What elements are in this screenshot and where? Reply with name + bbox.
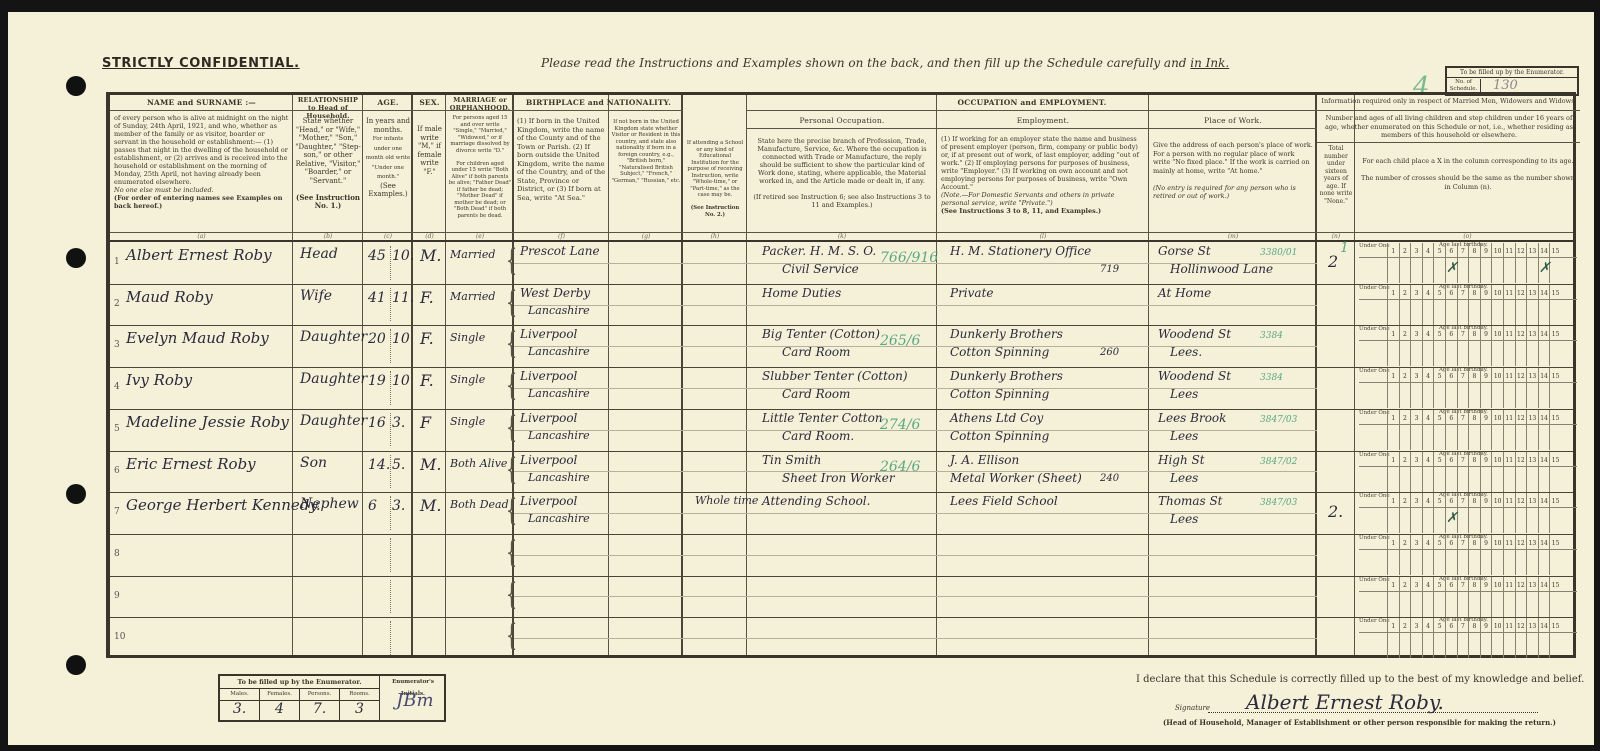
age-cell[interactable]: 4	[1422, 618, 1434, 658]
employment-line-2[interactable]: Cotton Spinning	[950, 345, 1049, 359]
work-place-line-1[interactable]: Woodend St	[1158, 369, 1231, 383]
age-cell[interactable]: 13	[1526, 243, 1538, 283]
row-number: 2	[114, 299, 120, 309]
age-cell[interactable]: 15	[1549, 493, 1561, 533]
age-cell[interactable]: 13	[1526, 618, 1538, 658]
age-cell[interactable]: 15	[1549, 326, 1561, 366]
birthplace-line-1[interactable]: Liverpool	[520, 494, 577, 508]
age-cell[interactable]: 14	[1538, 410, 1550, 450]
age-cell[interactable]: 2	[1399, 535, 1411, 575]
person-name[interactable]: Evelyn Maud Roby	[126, 329, 269, 347]
age-cell[interactable]: 1	[1387, 368, 1399, 408]
age-cell[interactable]: 2	[1399, 326, 1411, 366]
age-cell[interactable]: 6	[1445, 368, 1457, 408]
age-cell[interactable]: 12	[1515, 368, 1527, 408]
age-cell[interactable]: 7	[1457, 452, 1469, 492]
header-marriage-body: For persons aged 15 and over write "Sing…	[448, 115, 512, 219]
brace: {	[506, 371, 517, 401]
relationship[interactable]: Son	[300, 455, 327, 471]
table-row: 2{Maud RobyWife4111.F.MarriedWest DerbyL…	[110, 284, 1573, 326]
row-number: 8	[114, 549, 120, 559]
age-cell[interactable]: 11	[1503, 243, 1515, 283]
birthplace-line-1[interactable]: Liverpool	[520, 327, 577, 341]
age-cell[interactable]: 15	[1549, 577, 1561, 617]
employment-line-1[interactable]: Lees Field School	[950, 494, 1058, 508]
age-cell[interactable]: 2	[1399, 493, 1411, 533]
age-cell[interactable]: 7	[1457, 368, 1469, 408]
males-value: 3.	[220, 701, 260, 720]
age-cell[interactable]: 7	[1457, 493, 1469, 533]
age-cell[interactable]: 8	[1468, 493, 1480, 533]
header-total-children: Total number under sixteen years of age.…	[1318, 145, 1354, 205]
age-cell[interactable]: 3	[1410, 452, 1422, 492]
age-cell[interactable]: 10	[1491, 618, 1503, 658]
age-cell[interactable]: 13	[1526, 493, 1538, 533]
age-cell[interactable]: 5	[1433, 410, 1445, 450]
age-cell[interactable]: 6	[1445, 535, 1457, 575]
birthplace-line-2[interactable]: Lancashire	[528, 429, 590, 442]
work-place-line-2[interactable]: Lees.	[1170, 345, 1202, 359]
age-cell[interactable]: 3	[1410, 410, 1422, 450]
age-cell[interactable]: 3	[1410, 535, 1422, 575]
age-cell[interactable]: 15	[1549, 535, 1561, 575]
occupation-line-1[interactable]: Tin Smith	[762, 453, 821, 467]
age-cell[interactable]: 2	[1399, 410, 1411, 450]
age-cell[interactable]: 8	[1468, 326, 1480, 366]
work-place-line-1[interactable]: Gorse St	[1158, 244, 1211, 258]
occupation-line-2[interactable]: Civil Service	[782, 262, 859, 276]
age-cell[interactable]: 10	[1491, 535, 1503, 575]
age-cell[interactable]: 11	[1503, 577, 1515, 617]
table-row: 9{Under OneAge last birthday.12345678910…	[110, 576, 1573, 618]
age-cell[interactable]: 7	[1457, 285, 1469, 325]
age-cell[interactable]: 9	[1480, 243, 1492, 283]
age-cell[interactable]: 7	[1457, 326, 1469, 366]
header-married-info: Information required only in respect of …	[1320, 97, 1578, 106]
under-one-label: Under One	[1359, 535, 1390, 541]
age-cell[interactable]: 8	[1468, 285, 1480, 325]
school-attendance[interactable]: Whole time	[695, 494, 758, 507]
employment-line-1[interactable]: Dunkerly Brothers	[950, 369, 1063, 383]
marriage-status[interactable]: Both Alive	[450, 457, 507, 470]
age-cell[interactable]: 8	[1468, 452, 1480, 492]
relationship[interactable]: Nephew	[300, 496, 359, 512]
age-cell[interactable]: 13	[1526, 368, 1538, 408]
age-cell[interactable]: 3	[1410, 493, 1422, 533]
instructions-ink: in Ink.	[1190, 56, 1229, 70]
relationship[interactable]: Wife	[300, 288, 332, 304]
person-name[interactable]: Ivy Roby	[126, 371, 192, 389]
age-cell[interactable]: 4	[1422, 243, 1434, 283]
age-cell[interactable]: 11	[1503, 368, 1515, 408]
birthplace-line-2[interactable]: Lancashire	[528, 471, 590, 484]
declaration-text: I declare that this Schedule is correctl…	[1136, 674, 1584, 685]
sex[interactable]: F.	[420, 371, 434, 390]
age-months[interactable]: 10	[392, 373, 410, 389]
relationship[interactable]: Daughter	[300, 413, 367, 429]
age-cell[interactable]: 14	[1538, 535, 1550, 575]
age-cell[interactable]: 14	[1538, 452, 1550, 492]
birthplace-line-2[interactable]: Lancashire	[528, 304, 590, 317]
age-cell[interactable]: 7	[1457, 618, 1469, 658]
age-cell[interactable]: 2	[1399, 243, 1411, 283]
relationship[interactable]: Daughter	[300, 371, 367, 387]
sex[interactable]: F.	[420, 288, 434, 307]
age-years[interactable]: 14.	[368, 457, 390, 473]
occupation-line-1[interactable]: Attending School.	[762, 494, 870, 508]
age-cell[interactable]: 5	[1433, 535, 1445, 575]
birthplace-line-2[interactable]: Lancashire	[528, 387, 590, 400]
occupation-line-1[interactable]: Slubber Tenter (Cotton)	[762, 369, 908, 383]
sex[interactable]: M.	[420, 246, 441, 265]
age-cell[interactable]: 1	[1387, 285, 1399, 325]
age-cell[interactable]: 7	[1457, 535, 1469, 575]
sex[interactable]: M.	[420, 496, 441, 515]
header-relationship-body: State whether "Head," or "Wife," "Mother…	[295, 117, 361, 211]
age-cell[interactable]: 9	[1480, 452, 1492, 492]
age-cell[interactable]: 5	[1433, 618, 1445, 658]
age-cell[interactable]: 4	[1422, 535, 1434, 575]
marriage-status[interactable]: Both Dead	[450, 498, 509, 511]
occupation-code: 766/916	[880, 250, 938, 266]
age-cell[interactable]: 11	[1503, 326, 1515, 366]
age-years[interactable]: 16	[368, 415, 386, 431]
work-place-line-1[interactable]: Woodend St	[1158, 327, 1231, 341]
age-cell[interactable]: 10	[1491, 410, 1503, 450]
person-name[interactable]: Madeline Jessie Roby	[126, 413, 289, 431]
age-months[interactable]: 11.	[392, 290, 414, 306]
age-cell[interactable]: 6	[1445, 285, 1457, 325]
work-place-line-2[interactable]: Lees	[1170, 429, 1198, 443]
brace: {	[506, 246, 517, 276]
work-place-line-2[interactable]: Lees	[1170, 471, 1198, 485]
marriage-status[interactable]: Married	[450, 248, 495, 261]
occupation-line-2[interactable]: Card Room.	[782, 429, 854, 443]
enumerator-initials-value: JBm	[396, 690, 434, 711]
relationship[interactable]: Daughter	[300, 329, 367, 345]
age-cell[interactable]: 4	[1422, 452, 1434, 492]
occupation-line-1[interactable]: Home Duties	[762, 286, 841, 300]
schedule-box-title: To be filled up by the Enumerator.	[1447, 68, 1577, 78]
age-cell[interactable]: 5	[1433, 452, 1445, 492]
child-age-cross: ✗	[1446, 260, 1458, 276]
age-cell[interactable]: 2	[1399, 452, 1411, 492]
age-cell[interactable]: 11	[1503, 535, 1515, 575]
age-cell[interactable]: 4	[1422, 493, 1434, 533]
children-total[interactable]: 2.	[1328, 502, 1343, 521]
age-cell[interactable]: 3	[1410, 326, 1422, 366]
age-cell[interactable]: 5	[1433, 243, 1445, 283]
header-place-of-work-body: Give the address of each person's place …	[1153, 141, 1313, 201]
occupation-code: 265/6	[880, 333, 920, 349]
header-age: AGE.	[363, 98, 413, 107]
header-name: NAME and SURNAME :—	[110, 98, 293, 107]
age-cell[interactable]: 10	[1491, 368, 1503, 408]
marriage-status[interactable]: Single	[450, 373, 485, 386]
sex[interactable]: M.	[420, 455, 441, 474]
employment-line-2[interactable]: Cotton Spinning	[950, 429, 1049, 443]
header-name-body: of every person who is alive at midnight…	[114, 114, 290, 210]
age-cell[interactable]: 12	[1515, 618, 1527, 658]
age-cell[interactable]: 10	[1491, 577, 1503, 617]
occupation-line-2[interactable]: Card Room	[782, 345, 850, 359]
age-cell[interactable]: 9	[1480, 535, 1492, 575]
age-cell[interactable]: 9	[1480, 493, 1492, 533]
header-place-of-work: Place of Work.	[1149, 116, 1317, 125]
age-cell[interactable]: 5	[1433, 285, 1445, 325]
age-cell[interactable]: 15	[1549, 618, 1561, 658]
work-place-line-1[interactable]: Thomas St	[1158, 494, 1223, 508]
age-cell[interactable]: 9	[1480, 368, 1492, 408]
age-cell[interactable]: 1	[1387, 243, 1399, 283]
occupation-line-1[interactable]: Little Tenter Cotton	[762, 411, 883, 425]
age-cell[interactable]: 14	[1538, 493, 1550, 533]
work-code: 3847/03	[1260, 415, 1297, 425]
age-cell[interactable]: 7	[1457, 577, 1469, 617]
age-cell[interactable]: 1	[1387, 410, 1399, 450]
age-cell[interactable]: 3	[1410, 368, 1422, 408]
relationship[interactable]: Head	[300, 246, 338, 262]
age-cell[interactable]: 8	[1468, 410, 1480, 450]
occupation-line-2[interactable]: Sheet Iron Worker	[782, 471, 895, 485]
table-row: 8{Under OneAge last birthday.12345678910…	[110, 534, 1573, 576]
age-cell[interactable]: 14	[1538, 618, 1550, 658]
age-cell[interactable]: 12	[1515, 493, 1527, 533]
person-name[interactable]: Albert Ernest Roby	[126, 246, 272, 264]
age-cell[interactable]: 11	[1503, 452, 1515, 492]
age-cell[interactable]: 6	[1445, 577, 1457, 617]
age-cell[interactable]: 15	[1549, 410, 1561, 450]
birthplace-line-1[interactable]: Prescot Lane	[520, 244, 600, 258]
marriage-status[interactable]: Married	[450, 290, 495, 303]
age-cell[interactable]: 9	[1480, 577, 1492, 617]
brace: {	[506, 288, 517, 318]
work-code: 3380/01	[1260, 248, 1297, 258]
age-cell[interactable]: 4	[1422, 326, 1434, 366]
age-cell[interactable]: 3	[1410, 618, 1422, 658]
birthplace-line-1[interactable]: Liverpool	[520, 369, 577, 383]
age-years[interactable]: 6	[368, 498, 377, 514]
age-months[interactable]: 3.	[392, 415, 405, 431]
age-cell[interactable]: 12	[1515, 577, 1527, 617]
under-one-label: Under One	[1359, 368, 1390, 374]
work-place-line-1[interactable]: Lees Brook	[1158, 411, 1226, 425]
age-cell[interactable]: 14	[1538, 368, 1550, 408]
males-label: Males.	[220, 689, 260, 700]
age-cell[interactable]: 7	[1457, 410, 1469, 450]
employment-line-2[interactable]: Metal Worker (Sheet)	[950, 471, 1082, 485]
age-cell[interactable]: 8	[1468, 618, 1480, 658]
employment-line-1[interactable]: Dunkerly Brothers	[950, 327, 1063, 341]
age-cell[interactable]: 8	[1468, 535, 1480, 575]
age-cell[interactable]: 10	[1491, 285, 1503, 325]
person-name[interactable]: George Herbert Kennedy.	[126, 496, 321, 514]
age-cell[interactable]: 9	[1480, 618, 1492, 658]
work-place-line-2[interactable]: Hollinwood Lane	[1170, 262, 1273, 276]
signature-label: Signature	[1175, 704, 1210, 712]
age-cell[interactable]: 7	[1457, 243, 1469, 283]
age-cell[interactable]: 5	[1433, 577, 1445, 617]
age-years[interactable]: 20	[368, 331, 386, 347]
signature-note: (Head of Household, Manager of Establish…	[1163, 718, 1556, 727]
birthplace-line-2[interactable]: Lancashire	[528, 512, 590, 525]
work-place-line-2[interactable]: Lees	[1170, 512, 1198, 526]
age-cell[interactable]: 3	[1410, 577, 1422, 617]
age-cell[interactable]: 11	[1503, 285, 1515, 325]
age-months[interactable]: 10	[392, 331, 410, 347]
child-age-grid: Under OneAge last birthday.1234567891011…	[1359, 326, 1577, 366]
age-cell[interactable]: 1	[1387, 326, 1399, 366]
age-years[interactable]: 19	[368, 373, 386, 389]
age-cell[interactable]: 15	[1549, 243, 1561, 283]
age-cell[interactable]: 12	[1515, 243, 1527, 283]
table-row: 5{Madeline Jessie RobyDaughter163.FSingl…	[110, 409, 1573, 451]
punch-hole	[66, 76, 86, 96]
col-letter: (o)	[1355, 233, 1580, 240]
age-cell[interactable]: 13	[1526, 452, 1538, 492]
employment-line-2[interactable]: Cotton Spinning	[950, 387, 1049, 401]
children-total[interactable]: 2	[1328, 252, 1338, 271]
females-value: 4	[260, 701, 300, 720]
age-cell[interactable]: 10	[1491, 243, 1503, 283]
person-name[interactable]: Eric Ernest Roby	[126, 455, 256, 473]
age-cell[interactable]: 2	[1399, 618, 1411, 658]
sex[interactable]: F	[420, 413, 431, 432]
age-cell[interactable]: 3	[1410, 285, 1422, 325]
age-cell[interactable]: 1	[1387, 618, 1399, 658]
age-cell[interactable]: 12	[1515, 326, 1527, 366]
table-row: 10{Under OneAge last birthday.1234567891…	[110, 617, 1573, 659]
under-one-label: Under One	[1359, 285, 1390, 291]
under-one-label: Under One	[1359, 493, 1390, 499]
age-cell[interactable]: 12	[1515, 285, 1527, 325]
age-cell[interactable]: 1	[1387, 577, 1399, 617]
occupation-line-1[interactable]: Packer. H. M. S. O.	[762, 244, 876, 258]
header-age-body: In years and months.For infants under on…	[365, 117, 411, 199]
age-cell[interactable]: 13	[1526, 285, 1538, 325]
under-one-label: Under One	[1359, 452, 1390, 458]
age-months[interactable]: 3.	[392, 498, 405, 514]
age-cell[interactable]: 5	[1433, 368, 1445, 408]
age-cell[interactable]: 10	[1491, 326, 1503, 366]
employment-line-1[interactable]: J. A. Ellison	[950, 453, 1019, 467]
age-cell[interactable]: 15	[1549, 285, 1561, 325]
employment-line-1[interactable]: H. M. Stationery Office	[950, 244, 1091, 258]
work-place-line-1[interactable]: At Home	[1158, 286, 1211, 300]
birthplace-line-1[interactable]: West Derby	[520, 286, 590, 300]
age-cell[interactable]: 1	[1387, 493, 1399, 533]
age-cell[interactable]: 5	[1433, 493, 1445, 533]
age-cell[interactable]: 9	[1480, 410, 1492, 450]
age-cell[interactable]: 10	[1491, 493, 1503, 533]
enumerator-summary-box: To be filled up by the Enumerator. Males…	[218, 674, 446, 722]
age-cell[interactable]: 3	[1410, 243, 1422, 283]
age-months[interactable]: 5.	[392, 457, 405, 473]
age-cell[interactable]: 13	[1526, 326, 1538, 366]
age-cell[interactable]: 11	[1503, 493, 1515, 533]
schedule-number-value: 130	[1493, 78, 1518, 93]
age-cell[interactable]: 11	[1503, 410, 1515, 450]
header-birthplace: BIRTHPLACE and NATIONALITY.	[514, 98, 683, 107]
age-cell[interactable]: 8	[1468, 577, 1480, 617]
col-letter: (m)	[1149, 233, 1317, 240]
age-cell[interactable]: 1	[1387, 452, 1399, 492]
age-cell[interactable]: 14	[1538, 577, 1550, 617]
brace: {	[506, 538, 517, 568]
age-cell[interactable]: 6	[1445, 618, 1457, 658]
punch-hole	[66, 655, 86, 675]
col-letter: (l)	[937, 233, 1149, 240]
age-cell[interactable]: 15	[1549, 452, 1561, 492]
age-cell[interactable]: 6	[1445, 410, 1457, 450]
age-cell[interactable]: 8	[1468, 243, 1480, 283]
age-cell[interactable]: 14	[1538, 326, 1550, 366]
occupation-line-2[interactable]: Card Room	[782, 387, 850, 401]
table-row: 1{Albert Ernest RobyHead4510.M.MarriedPr…	[110, 242, 1573, 284]
age-cell[interactable]: 4	[1422, 285, 1434, 325]
employment-line-1[interactable]: Private	[950, 286, 994, 300]
persons-label: Persons.	[300, 689, 340, 700]
header-occupation-body: State here the precise branch of Profess…	[751, 137, 933, 209]
age-years[interactable]: 41	[368, 290, 386, 306]
birthplace-line-1[interactable]: Liverpool	[520, 453, 577, 467]
age-cell[interactable]: 6	[1445, 452, 1457, 492]
age-cell[interactable]: 5	[1433, 326, 1445, 366]
age-cell[interactable]: 4	[1422, 368, 1434, 408]
work-place-line-1[interactable]: High St	[1158, 453, 1205, 467]
age-cell[interactable]: 13	[1526, 577, 1538, 617]
age-cell[interactable]: 4	[1422, 577, 1434, 617]
birthplace-line-1[interactable]: Liverpool	[520, 411, 577, 425]
age-cell[interactable]: 12	[1515, 535, 1527, 575]
age-cell[interactable]: 1	[1387, 535, 1399, 575]
age-cell[interactable]: 8	[1468, 368, 1480, 408]
employment-line-1[interactable]: Athens Ltd Coy	[950, 411, 1043, 425]
age-cell[interactable]: 11	[1503, 618, 1515, 658]
age-cell[interactable]: 9	[1480, 285, 1492, 325]
age-cell[interactable]: 9	[1480, 326, 1492, 366]
work-place-line-2[interactable]: Lees	[1170, 387, 1198, 401]
enumerator-summary-values: 3. 4 7. 3	[220, 701, 380, 720]
marriage-status[interactable]: Single	[450, 331, 485, 344]
age-months[interactable]: 10.	[392, 248, 414, 264]
age-cell[interactable]: 2	[1399, 577, 1411, 617]
age-cell[interactable]: 13	[1526, 410, 1538, 450]
under-one-label: Under One	[1359, 326, 1390, 332]
age-cell[interactable]: 2	[1399, 368, 1411, 408]
occupation-line-1[interactable]: Big Tenter (Cotton)	[762, 327, 880, 341]
age-cell[interactable]: 14	[1538, 285, 1550, 325]
age-years[interactable]: 45	[368, 248, 386, 264]
table-row: 7{George Herbert Kennedy.Nephew63.M.Both…	[110, 492, 1573, 534]
age-cell[interactable]: 2	[1399, 285, 1411, 325]
marriage-status[interactable]: Single	[450, 415, 485, 428]
col-letter: (d)	[413, 233, 446, 240]
age-cell[interactable]: 4	[1422, 410, 1434, 450]
birthplace-line-2[interactable]: Lancashire	[528, 345, 590, 358]
age-cell[interactable]: 12	[1515, 452, 1527, 492]
age-cell[interactable]: 10	[1491, 452, 1503, 492]
enumerator-summary-headers: Males. Females. Persons. Rooms.	[220, 689, 380, 701]
age-cell[interactable]: 15	[1549, 368, 1561, 408]
sex[interactable]: F.	[420, 329, 434, 348]
person-name[interactable]: Maud Roby	[126, 288, 213, 306]
header-school-body: If attending a School or any kind of Edu…	[685, 140, 745, 218]
age-cell[interactable]: 13	[1526, 535, 1538, 575]
age-cell[interactable]: 12	[1515, 410, 1527, 450]
under-one-label: Under One	[1359, 410, 1390, 416]
age-cell[interactable]: 6	[1445, 326, 1457, 366]
